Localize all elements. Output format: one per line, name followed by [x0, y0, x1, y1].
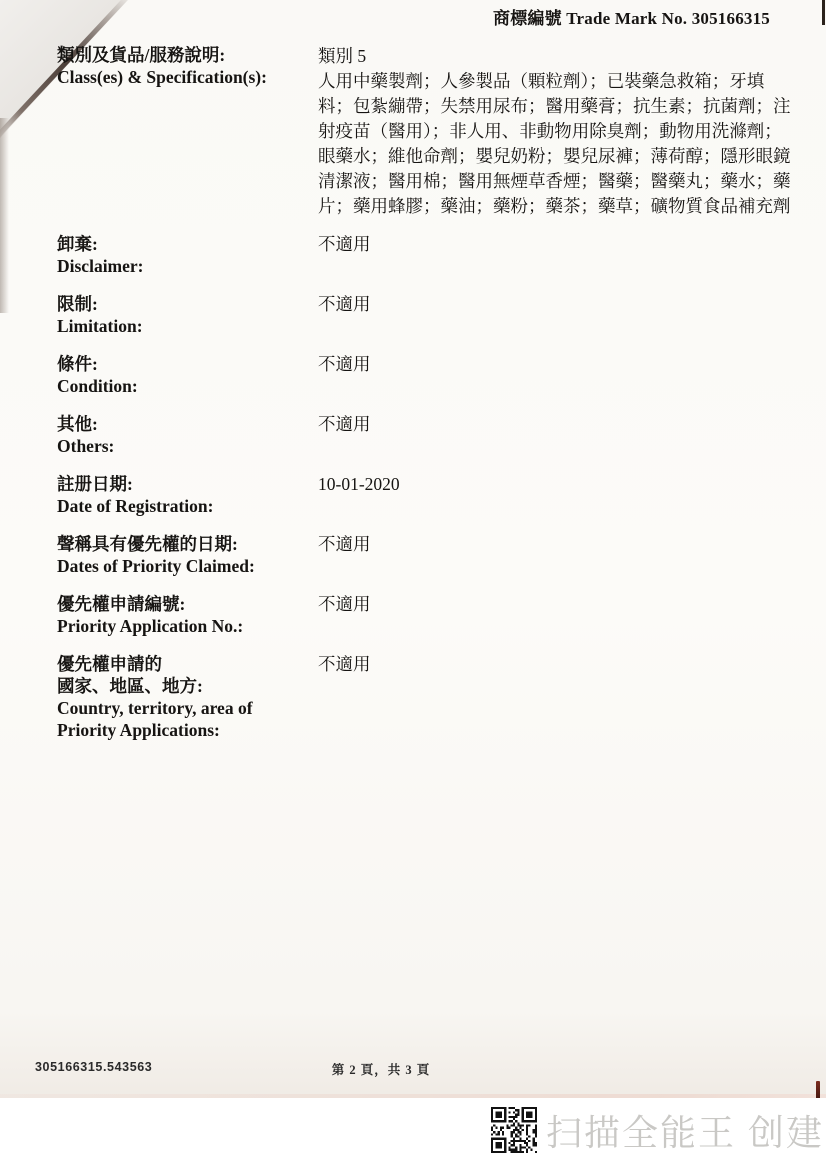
field-label: 註册日期: Date of Registration:: [57, 473, 318, 517]
field-row-disclaimer: 卸棄: Disclaimer: 不適用: [57, 233, 796, 277]
field-label-en: Date of Registration:: [57, 495, 318, 517]
field-label-zh: 其他:: [57, 413, 318, 435]
spec-line: 眼藥水；維他命劑；嬰兒奶粉；嬰兒尿褲；薄荷醇；隱形眼鏡: [318, 144, 796, 169]
field-value: 不適用: [318, 353, 796, 397]
scan-edge-artifact-bottom-right: [816, 1081, 820, 1099]
field-value: 類別 5 人用中藥製劑；人參製品（顆粒劑）；已裝藥急救箱；牙填 料；包紮繃帶；失…: [318, 44, 796, 219]
spec-line: 類別 5: [318, 44, 796, 69]
field-value: 10-01-2020: [318, 473, 796, 517]
spec-line: 片；藥用蜂膠；藥油；藥粉；藥茶；藥草；礦物質食品補充劑: [318, 194, 796, 219]
field-rows: 類別及貨品/服務說明: Class(es) & Specification(s)…: [57, 44, 796, 741]
field-label: 其他: Others:: [57, 413, 318, 457]
field-label: 優先權申請編號: Priority Application No.:: [57, 593, 318, 637]
field-label: 類別及貨品/服務說明: Class(es) & Specification(s)…: [57, 44, 318, 219]
trademark-number-header: 商標編號 Trade Mark No. 305166315: [57, 8, 796, 29]
field-value: 不適用: [318, 233, 796, 277]
field-row-priority-country: 優先權申請的 國家、地區、地方: Country, territory, are…: [57, 653, 796, 741]
spec-line: 清潔液；醫用棉；醫用無煙草香煙；醫藥；醫藥丸；藥水；藥: [318, 169, 796, 194]
field-value: 不適用: [318, 593, 796, 637]
document-content: 商標編號 Trade Mark No. 305166315 類別及貨品/服務說明…: [57, 8, 796, 757]
qr-code-icon: [491, 1107, 537, 1153]
field-row-priority-dates: 聲稱具有優先權的日期: Dates of Priority Claimed: 不…: [57, 533, 796, 577]
field-label-zh: 聲稱具有優先權的日期:: [57, 533, 318, 555]
scanned-document-page: 商標編號 Trade Mark No. 305166315 類別及貨品/服務說明…: [0, 0, 826, 1169]
field-label-zh: 優先權申請的: [57, 653, 318, 675]
field-row-registration-date: 註册日期: Date of Registration: 10-01-2020: [57, 473, 796, 517]
field-label: 聲稱具有優先權的日期: Dates of Priority Claimed:: [57, 533, 318, 577]
field-row-priority-application-no: 優先權申請編號: Priority Application No.: 不適用: [57, 593, 796, 637]
field-value: 不適用: [318, 413, 796, 457]
field-label-zh: 註册日期:: [57, 473, 318, 495]
field-label-en: Disclaimer:: [57, 255, 318, 277]
field-row-others: 其他: Others: 不適用: [57, 413, 796, 457]
field-label-zh: 限制:: [57, 293, 318, 315]
camscanner-watermark-text: 扫描全能王 创建: [546, 1113, 824, 1153]
field-label: 限制: Limitation:: [57, 293, 318, 337]
field-label-en: Country, territory, area of: [57, 697, 318, 719]
page-fold-shadow: [0, 118, 9, 313]
field-label-en: Priority Application No.:: [57, 615, 318, 637]
field-label: 卸棄: Disclaimer:: [57, 233, 318, 277]
field-label-en: Limitation:: [57, 315, 318, 337]
field-label-zh: 類別及貨品/服務說明:: [57, 44, 318, 66]
field-label: 優先權申請的 國家、地區、地方: Country, territory, are…: [57, 653, 318, 741]
field-label-en: Dates of Priority Claimed:: [57, 555, 318, 577]
field-label-zh: 卸棄:: [57, 233, 318, 255]
field-row-class-specification: 類別及貨品/服務說明: Class(es) & Specification(s)…: [57, 44, 796, 219]
scan-edge-artifact-top-right: [822, 0, 825, 25]
field-value: 不適用: [318, 533, 796, 577]
field-row-condition: 條件: Condition: 不適用: [57, 353, 796, 397]
spec-line: 人用中藥製劑；人參製品（顆粒劑）；已裝藥急救箱；牙填: [318, 69, 796, 94]
field-label-en: Condition:: [57, 375, 318, 397]
field-label: 條件: Condition:: [57, 353, 318, 397]
field-value: 不適用: [318, 653, 796, 741]
field-value: 不適用: [318, 293, 796, 337]
field-label-zh: 優先權申請編號:: [57, 593, 318, 615]
field-label-en: Others:: [57, 435, 318, 457]
field-label-en-line2: Priority Applications:: [57, 719, 318, 741]
footer-page-indicator: 第 2 頁，共 3 頁: [0, 1060, 762, 1078]
field-row-limitation: 限制: Limitation: 不適用: [57, 293, 796, 337]
spec-line: 料；包紮繃帶；失禁用尿布；醫用藥膏；抗生素；抗菌劑；注: [318, 94, 796, 119]
field-label-zh: 條件:: [57, 353, 318, 375]
field-label-en: Class(es) & Specification(s):: [57, 66, 318, 88]
spec-line: 射疫苗（醫用）；非人用、非動物用除臭劑；動物用洗滌劑；: [318, 119, 796, 144]
field-label-zh-line2: 國家、地區、地方:: [57, 675, 318, 697]
